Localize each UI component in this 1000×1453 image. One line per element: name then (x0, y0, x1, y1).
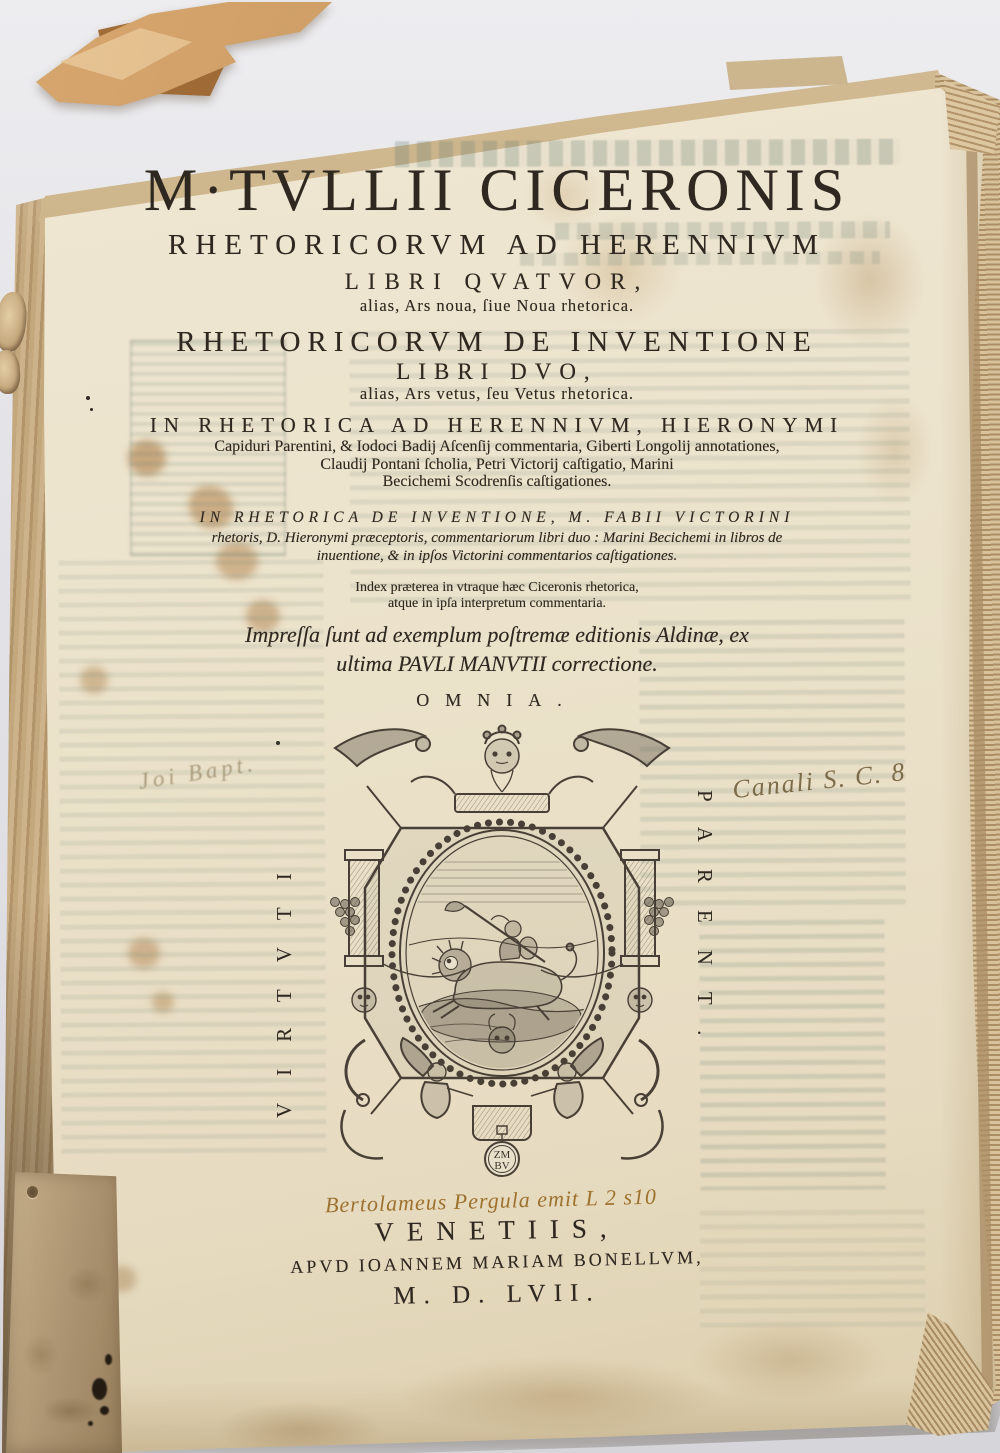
fragment-dark-layer (0, 0, 1000, 1453)
torn-paper-fragment (0, 0, 1000, 1453)
fragment-fold-highlight (0, 0, 1000, 1453)
fragment-light-layer (0, 0, 1000, 1453)
photo-of-antique-book-title-page: M·TVLLII CICERONIS RHETORICORVM AD HEREN… (0, 0, 1000, 1453)
